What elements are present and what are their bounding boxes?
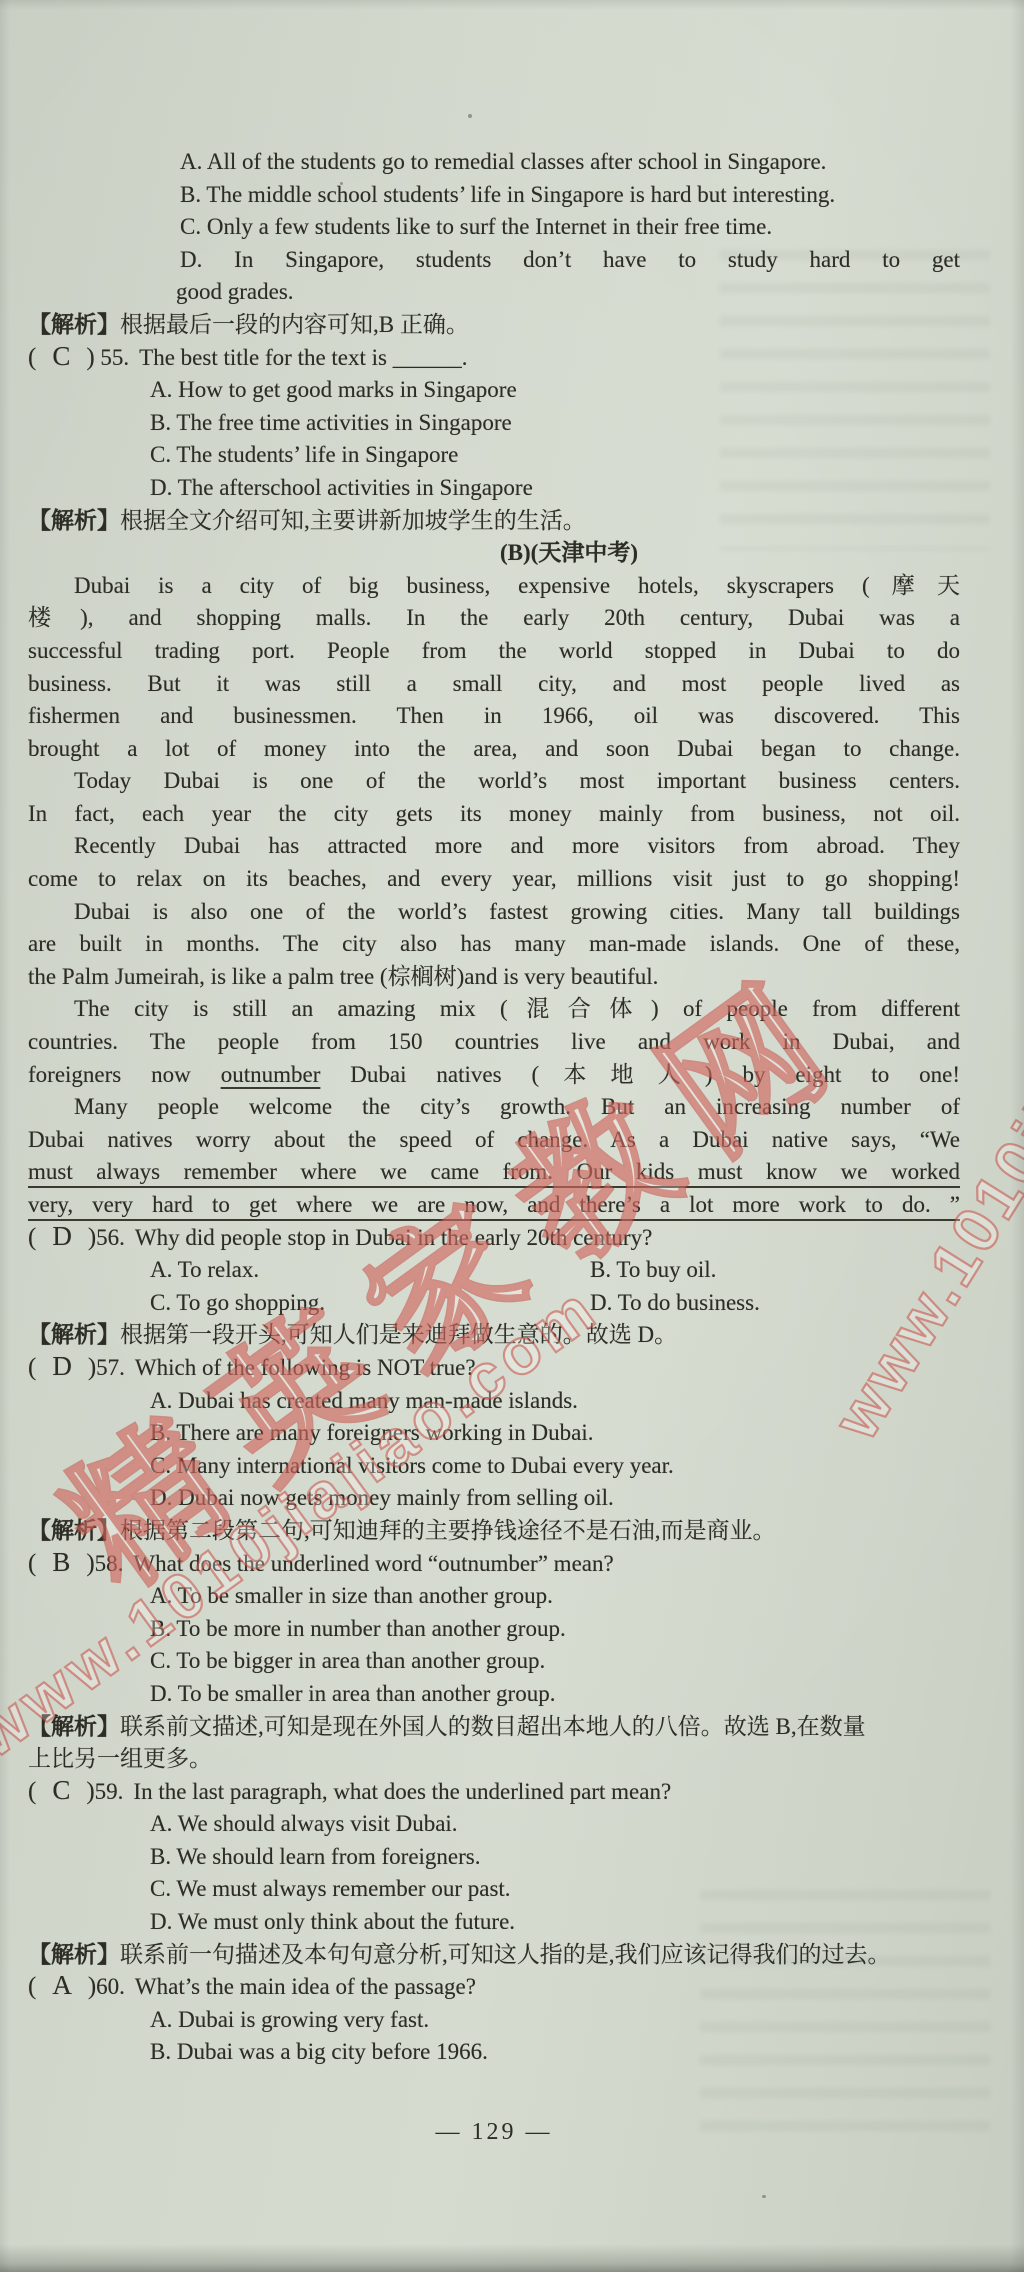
- passage-line-underlined: very, very hard to get where we are now,…: [28, 1189, 960, 1222]
- question-text: Which of the following is NOT true?: [135, 1355, 476, 1380]
- answer-paren-close: ): [86, 344, 94, 371]
- passage-line: Recently Dubai has attracted more and mo…: [28, 830, 960, 863]
- question-text: What’s the main idea of the passage?: [135, 1974, 476, 1999]
- q56-option-d: D. To do business.: [590, 1287, 760, 1320]
- scan-shadow-bottom: [0, 2244, 1024, 2272]
- answer-paren-open: (: [28, 1550, 36, 1577]
- question-number: 56.: [96, 1225, 125, 1250]
- passage-line: successful trading port. People from the…: [28, 635, 960, 668]
- passage-line: are built in months. The city also has m…: [28, 928, 960, 961]
- passage-line: In fact, each year the city gets its mon…: [28, 798, 960, 831]
- scan-speck: [340, 182, 343, 185]
- q57-option-a: A. Dubai has created many man-made islan…: [28, 1385, 960, 1418]
- analysis-label: 【解析】: [28, 1518, 120, 1543]
- passage-line: the Palm Jumeirah, is like a palm tree (…: [28, 961, 960, 994]
- q56-options-row2: C. To go shopping.D. To do business.: [28, 1287, 960, 1320]
- page-content: A. All of the students go to remedial cl…: [0, 0, 1024, 2272]
- analysis-label: 【解析】: [28, 1322, 120, 1347]
- q56-stem: (D)56.Why did people stop in Dubai in th…: [28, 1222, 960, 1255]
- q56-option-c: C. To go shopping.: [150, 1287, 590, 1320]
- q58-option-b: B. To be more in number than another gro…: [28, 1613, 960, 1646]
- q57-option-b: B. There are many foreigners working in …: [28, 1417, 960, 1450]
- passage-line: Many people welcome the city’s growth. B…: [28, 1091, 960, 1124]
- q59-option-b: B. We should learn from foreigners.: [28, 1841, 960, 1874]
- underlined-word-outnumber: outnumber: [221, 1062, 321, 1087]
- passage-line: 楼), and shopping malls. In the early 20t…: [28, 602, 960, 635]
- passage-line-underlined: must always remember where we came from.…: [28, 1156, 960, 1189]
- q58-analysis-line2: 上比另一组更多。: [28, 1743, 960, 1776]
- question-text: In the last paragraph, what does the und…: [133, 1779, 671, 1804]
- analysis-text: 根据全文介绍可知,主要讲新加坡学生的生活。: [120, 508, 586, 533]
- answer-letter: C: [52, 341, 70, 371]
- passage-line: business. But it was still a small city,…: [28, 668, 960, 701]
- analysis-label: 【解析】: [28, 1942, 120, 1967]
- passage-line: Dubai is also one of the world’s fastest…: [28, 896, 960, 929]
- q60-stem: (A)60.What’s the main idea of the passag…: [28, 1971, 960, 2004]
- passage-line: Dubai is a city of big business, expensi…: [28, 570, 960, 603]
- passage-line: come to relax on its beaches, and every …: [28, 863, 960, 896]
- q56-options-row1: A. To relax.B. To buy oil.: [28, 1254, 960, 1287]
- q55-option-b: B. The free time activities in Singapore: [28, 407, 960, 440]
- q57-stem: (D)57.Which of the following is NOT true…: [28, 1352, 960, 1385]
- analysis-text: 联系前文描述,可知是现在外国人的数目超出本地人的八倍。故选 B,在数量: [120, 1714, 866, 1739]
- passage-line: countries. The people from 150 countries…: [28, 1026, 960, 1059]
- q57-option-c: C. Many international visitors come to D…: [28, 1450, 960, 1483]
- answer-letter: D: [52, 1351, 72, 1381]
- q54-analysis: 【解析】根据最后一段的内容可知,B 正确。: [28, 309, 960, 342]
- question-number: 60.: [96, 1974, 125, 1999]
- passage-line: Today Dubai is one of the world’s most i…: [28, 765, 960, 798]
- question-number: 59.: [95, 1779, 124, 1804]
- passage-line: Dubai natives worry about the speed of c…: [28, 1124, 960, 1157]
- q54-option-b: B. The middle school students’ life in S…: [28, 179, 960, 212]
- question-number: 57.: [96, 1355, 125, 1380]
- answer-paren-open: (: [28, 1973, 36, 2000]
- q58-analysis: 【解析】联系前文描述,可知是现在外国人的数目超出本地人的八倍。故选 B,在数量: [28, 1711, 960, 1744]
- analysis-text: 根据第一段开头,可知人们是来迪拜做生意的。故选 D。: [120, 1322, 677, 1347]
- passage-line: brought a lot of money into the area, an…: [28, 733, 960, 766]
- question-text: The best title for the text is ______.: [139, 345, 467, 370]
- passage-line: The city is still an amazing mix (混合体) o…: [28, 993, 960, 1026]
- q59-option-d: D. We must only think about the future.: [28, 1906, 960, 1939]
- q59-stem: (C)59.In the last paragraph, what does t…: [28, 1776, 960, 1809]
- passage-line: fishermen and businessmen. Then in 1966,…: [28, 700, 960, 733]
- q59-analysis: 【解析】联系前一句描述及本句句意分析,可知这人指的是,我们应该记得我们的过去。: [28, 1939, 960, 1972]
- question-number: 55.: [95, 345, 130, 370]
- answer-paren-close: ): [86, 1550, 94, 1577]
- q58-option-d: D. To be smaller in area than another gr…: [28, 1678, 960, 1711]
- answer-paren-open: (: [28, 344, 36, 371]
- q55-option-c: C. The students’ life in Singapore: [28, 439, 960, 472]
- answer-letter: A: [52, 1970, 72, 2000]
- question-text: What does the underlined word “outnumber…: [133, 1551, 613, 1576]
- answer-paren-close: ): [86, 1778, 94, 1805]
- answer-paren-open: (: [28, 1224, 36, 1251]
- analysis-label: 【解析】: [28, 312, 120, 337]
- scan-speck: [468, 114, 472, 118]
- passage-b-header: (B)(天津中考): [28, 537, 960, 570]
- analysis-label: 【解析】: [28, 1714, 120, 1739]
- q57-option-d: D. Dubai now gets money mainly from sell…: [28, 1482, 960, 1515]
- q58-option-c: C. To be bigger in area than another gro…: [28, 1645, 960, 1678]
- question-number: 58.: [95, 1551, 124, 1576]
- q58-stem: (B)58.What does the underlined word “out…: [28, 1548, 960, 1581]
- q56-analysis: 【解析】根据第一段开头,可知人们是来迪拜做生意的。故选 D。: [28, 1319, 960, 1352]
- answer-paren-open: (: [28, 1354, 36, 1381]
- analysis-text: 根据最后一段的内容可知,B 正确。: [120, 312, 469, 337]
- q59-option-c: C. We must always remember our past.: [28, 1873, 960, 1906]
- q55-stem: (C) 55.The best title for the text is __…: [28, 342, 960, 375]
- q54-option-d: D. In Singapore, students don’t have to …: [28, 244, 960, 277]
- answer-paren-close: ): [88, 1973, 96, 2000]
- q54-option-c: C. Only a few students like to surf the …: [28, 211, 960, 244]
- scan-shadow-right: [1010, 0, 1024, 2272]
- scan-speck: [762, 2195, 766, 2198]
- passage-text: Dubai natives (本地人) by eight to one!: [320, 1062, 960, 1087]
- q59-option-a: A. We should always visit Dubai.: [28, 1808, 960, 1841]
- scan-shadow-left: [0, 0, 10, 2272]
- q55-option-a: A. How to get good marks in Singapore: [28, 374, 960, 407]
- q54-option-d-line2: good grades.: [28, 276, 960, 309]
- passage-text: foreigners now: [28, 1062, 221, 1087]
- answer-letter: D: [52, 1221, 72, 1251]
- q56-option-b: B. To buy oil.: [590, 1254, 716, 1287]
- q55-analysis: 【解析】根据全文介绍可知,主要讲新加坡学生的生活。: [28, 505, 960, 538]
- q58-option-a: A. To be smaller in size than another gr…: [28, 1580, 960, 1613]
- question-text: Why did people stop in Dubai in the earl…: [135, 1225, 652, 1250]
- q60-option-b: B. Dubai was a big city before 1966.: [28, 2036, 960, 2069]
- analysis-text: 根据第二段第二句,可知迪拜的主要挣钱途径不是石油,而是商业。: [120, 1518, 776, 1543]
- q60-option-a: A. Dubai is growing very fast.: [28, 2004, 960, 2037]
- q56-option-a: A. To relax.: [150, 1254, 590, 1287]
- scanned-textbook-page: A. All of the students go to remedial cl…: [0, 0, 1024, 2272]
- analysis-text: 联系前一句描述及本句句意分析,可知这人指的是,我们应该记得我们的过去。: [120, 1942, 891, 1967]
- answer-paren-close: ): [88, 1354, 96, 1381]
- answer-letter: C: [52, 1775, 70, 1805]
- q55-option-d: D. The afterschool activities in Singapo…: [28, 472, 960, 505]
- q57-analysis: 【解析】根据第二段第二句,可知迪拜的主要挣钱途径不是石油,而是商业。: [28, 1515, 960, 1548]
- analysis-label: 【解析】: [28, 508, 120, 533]
- scan-shadow-top: [0, 0, 1024, 10]
- answer-paren-close: ): [88, 1224, 96, 1251]
- page-number: — 129 —: [28, 2119, 960, 2146]
- q54-option-a: A. All of the students go to remedial cl…: [28, 146, 960, 179]
- passage-line: foreigners now outnumber Dubai natives (…: [28, 1059, 960, 1092]
- answer-letter: B: [52, 1547, 70, 1577]
- answer-paren-open: (: [28, 1778, 36, 1805]
